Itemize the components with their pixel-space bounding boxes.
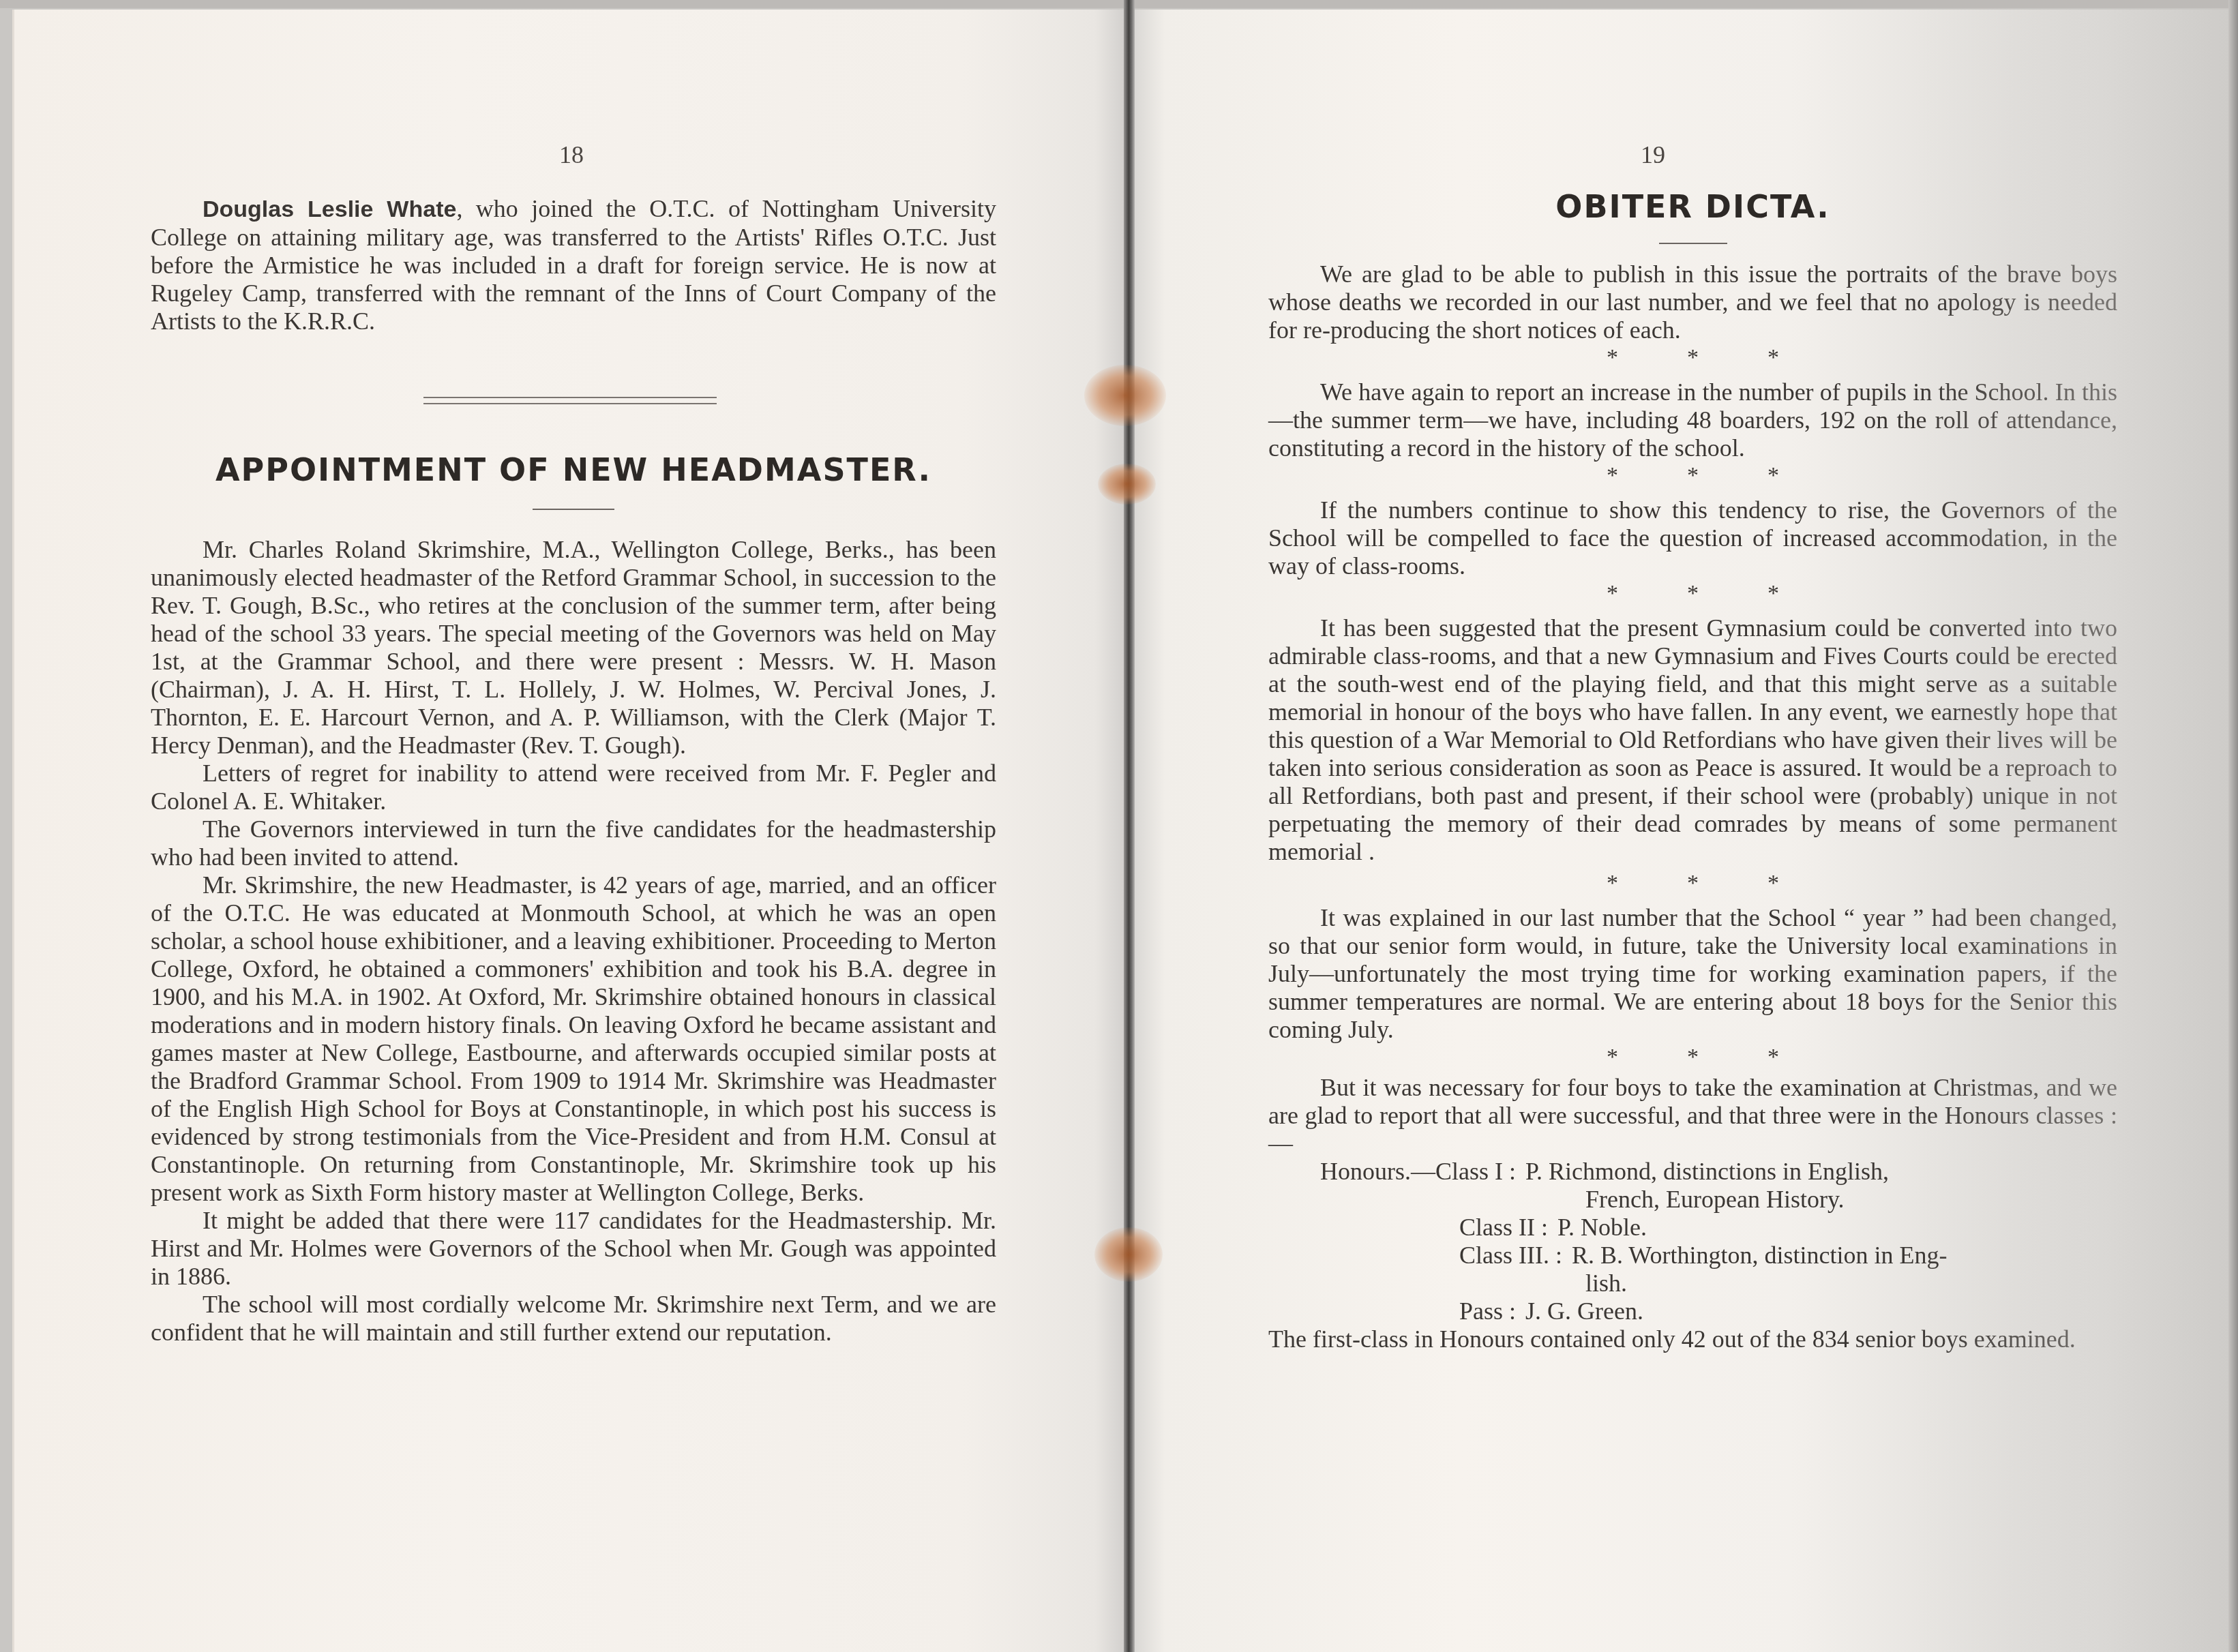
paragraph: We are glad to be able to publish in thi… (1268, 260, 2117, 344)
paragraph: Mr. Charles Roland Skrimshire, M.A., Wel… (151, 536, 996, 760)
separator-stars: *** (1268, 870, 2117, 897)
paragraph: Mr. Skrimshire, the new Headmaster, is 4… (151, 871, 996, 1207)
rust-stain (1098, 464, 1156, 505)
rust-stain (1084, 365, 1166, 426)
honours-list: Honours.—Class I : P. Richmond, distinct… (1268, 1158, 2117, 1325)
book-spread: 18 Douglas Leslie Whate, who joined the … (0, 0, 2238, 1652)
honours-row: Pass : J. G. Green. (1268, 1297, 2117, 1325)
paragraph: We have again to report an increase in t… (1268, 378, 2117, 462)
separator-stars: *** (1268, 344, 2117, 372)
paragraph: It was explained in our last number that… (1268, 904, 2117, 1044)
paragraph: It might be added that there were 117 ca… (151, 1207, 996, 1291)
honours-row: Honours.—Class I : P. Richmond, distinct… (1268, 1158, 2117, 1186)
person-name: Douglas Leslie Whate (203, 196, 456, 222)
separator-stars: *** (1268, 580, 2117, 607)
honours-row: Class II : P. Noble. (1268, 1214, 2117, 1242)
honours-row: Class III. : R. B. Worthington, distinct… (1268, 1242, 2117, 1270)
book-gutter (1124, 0, 1135, 1652)
whate-notice: Douglas Leslie Whate, who joined the O.T… (151, 195, 996, 335)
left-page: 18 Douglas Leslie Whate, who joined the … (12, 10, 1129, 1652)
scan-right-edge (2228, 0, 2238, 1652)
obiter-dicta-article: OBITER DICTA. We are glad to be able to … (1268, 188, 2117, 1353)
paragraph: It has been suggested that the present G… (1268, 614, 2117, 866)
closing-paragraph: The first-class in Honours contained onl… (1268, 1325, 2117, 1353)
section-divider (410, 397, 730, 404)
right-page: 19 OBITER DICTA. We are glad to be able … (1132, 10, 2228, 1652)
scan-top-edge (0, 0, 2238, 8)
paragraph: Letters of regret for inability to atten… (151, 760, 996, 815)
paragraph: But it was necessary for four boys to ta… (1268, 1074, 2117, 1158)
paragraph: The school will most cordially welcome M… (151, 1291, 996, 1347)
rust-stain (1094, 1227, 1163, 1282)
paragraph: If the numbers continue to show this ten… (1268, 496, 2117, 580)
separator-stars: *** (1268, 462, 2117, 490)
page-number-right: 19 (1105, 140, 2201, 169)
paragraph: The Governors interviewed in turn the fi… (151, 815, 996, 871)
separator-stars: *** (1268, 1044, 2117, 1071)
article-heading: APPOINTMENT OF NEW HEADMASTER. (151, 451, 996, 488)
page-number-left: 18 (14, 140, 1129, 169)
headmaster-article: APPOINTMENT OF NEW HEADMASTER. Mr. Charl… (151, 451, 996, 1347)
article-heading: OBITER DICTA. (1268, 188, 2117, 225)
